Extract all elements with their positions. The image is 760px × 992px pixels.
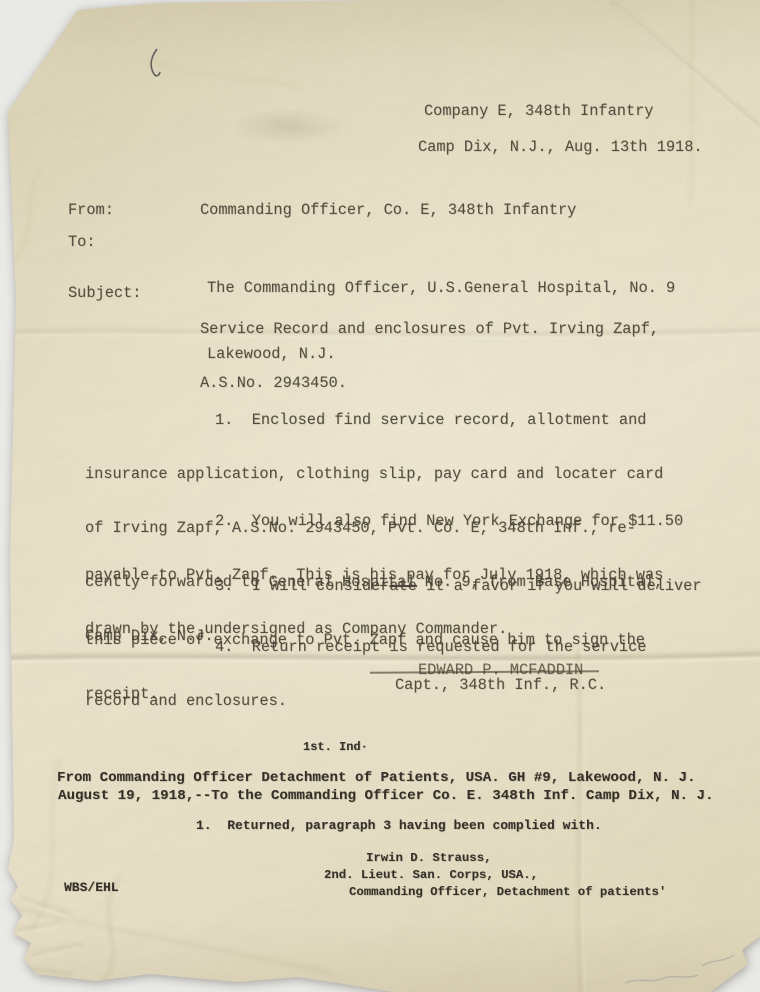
letterhead-unit: Company E, 348th Infantry	[424, 102, 654, 120]
paragraph-text: it a favor if you will deliver	[417, 577, 702, 595]
erased-stamp-smudge	[228, 108, 346, 144]
endorsement-date-to-line: August 19, 1918,--To the Commanding Offi…	[58, 787, 714, 806]
paragraph-line: 1. Enclosed find service record, allotme…	[85, 411, 715, 429]
endorsement-signature-rank: 2nd. Lieut. San. Corps, USA.,	[324, 867, 538, 884]
from-value: Commanding Officer, Co. E, 348th Infantr…	[200, 201, 576, 219]
paragraph-line: record and enclosures.	[85, 692, 715, 710]
subject-value-line: Service Record and enclosures of Pvt. Ir…	[200, 320, 659, 338]
endorsement-item: 1. Returned, paragraph 3 having been com…	[196, 818, 602, 834]
paragraph-line: 2. You will also find New York Exchange …	[85, 512, 715, 530]
paragraph-text: 3. I will consider	[215, 577, 389, 595]
letterhead-place-date: Camp Dix, N.J., Aug. 13th 1918.	[418, 138, 703, 156]
pencil-mark	[625, 955, 734, 983]
body-paragraph-4: 4. Return receipt is requested for the s…	[85, 602, 715, 746]
to-label: To:	[68, 233, 96, 251]
paragraph-line: 4. Return receipt is requested for the s…	[85, 638, 715, 656]
typist-initials: WBS/EHL	[64, 880, 119, 895]
paper-sheet: Company E, 348th Infantry Camp Dix, N.J.…	[0, 0, 760, 992]
endorsement-from-line: From Commanding Officer Detachment of Pa…	[57, 769, 696, 788]
endorsement-signature-title: Commanding Officer, Detachment of patien…	[349, 884, 666, 901]
from-label: From:	[68, 201, 114, 219]
paper-shadow-wrap: Company E, 348th Infantry Camp Dix, N.J.…	[0, 0, 760, 992]
subject-label: Subject:	[68, 284, 141, 302]
endorsement-heading: 1st. Ind·	[303, 740, 368, 754]
signature-title: Capt., 348th Inf., R.C.	[395, 676, 606, 694]
pen-mark	[151, 49, 160, 76]
endorsement-signature-name: Irwin D. Strauss,	[366, 850, 491, 867]
struck-typo: ate	[389, 577, 417, 595]
scanned-letter-page: Company E, 348th Infantry Camp Dix, N.J.…	[0, 0, 760, 992]
paragraph-line: 3. I will considerate it a favor if you …	[85, 577, 715, 595]
